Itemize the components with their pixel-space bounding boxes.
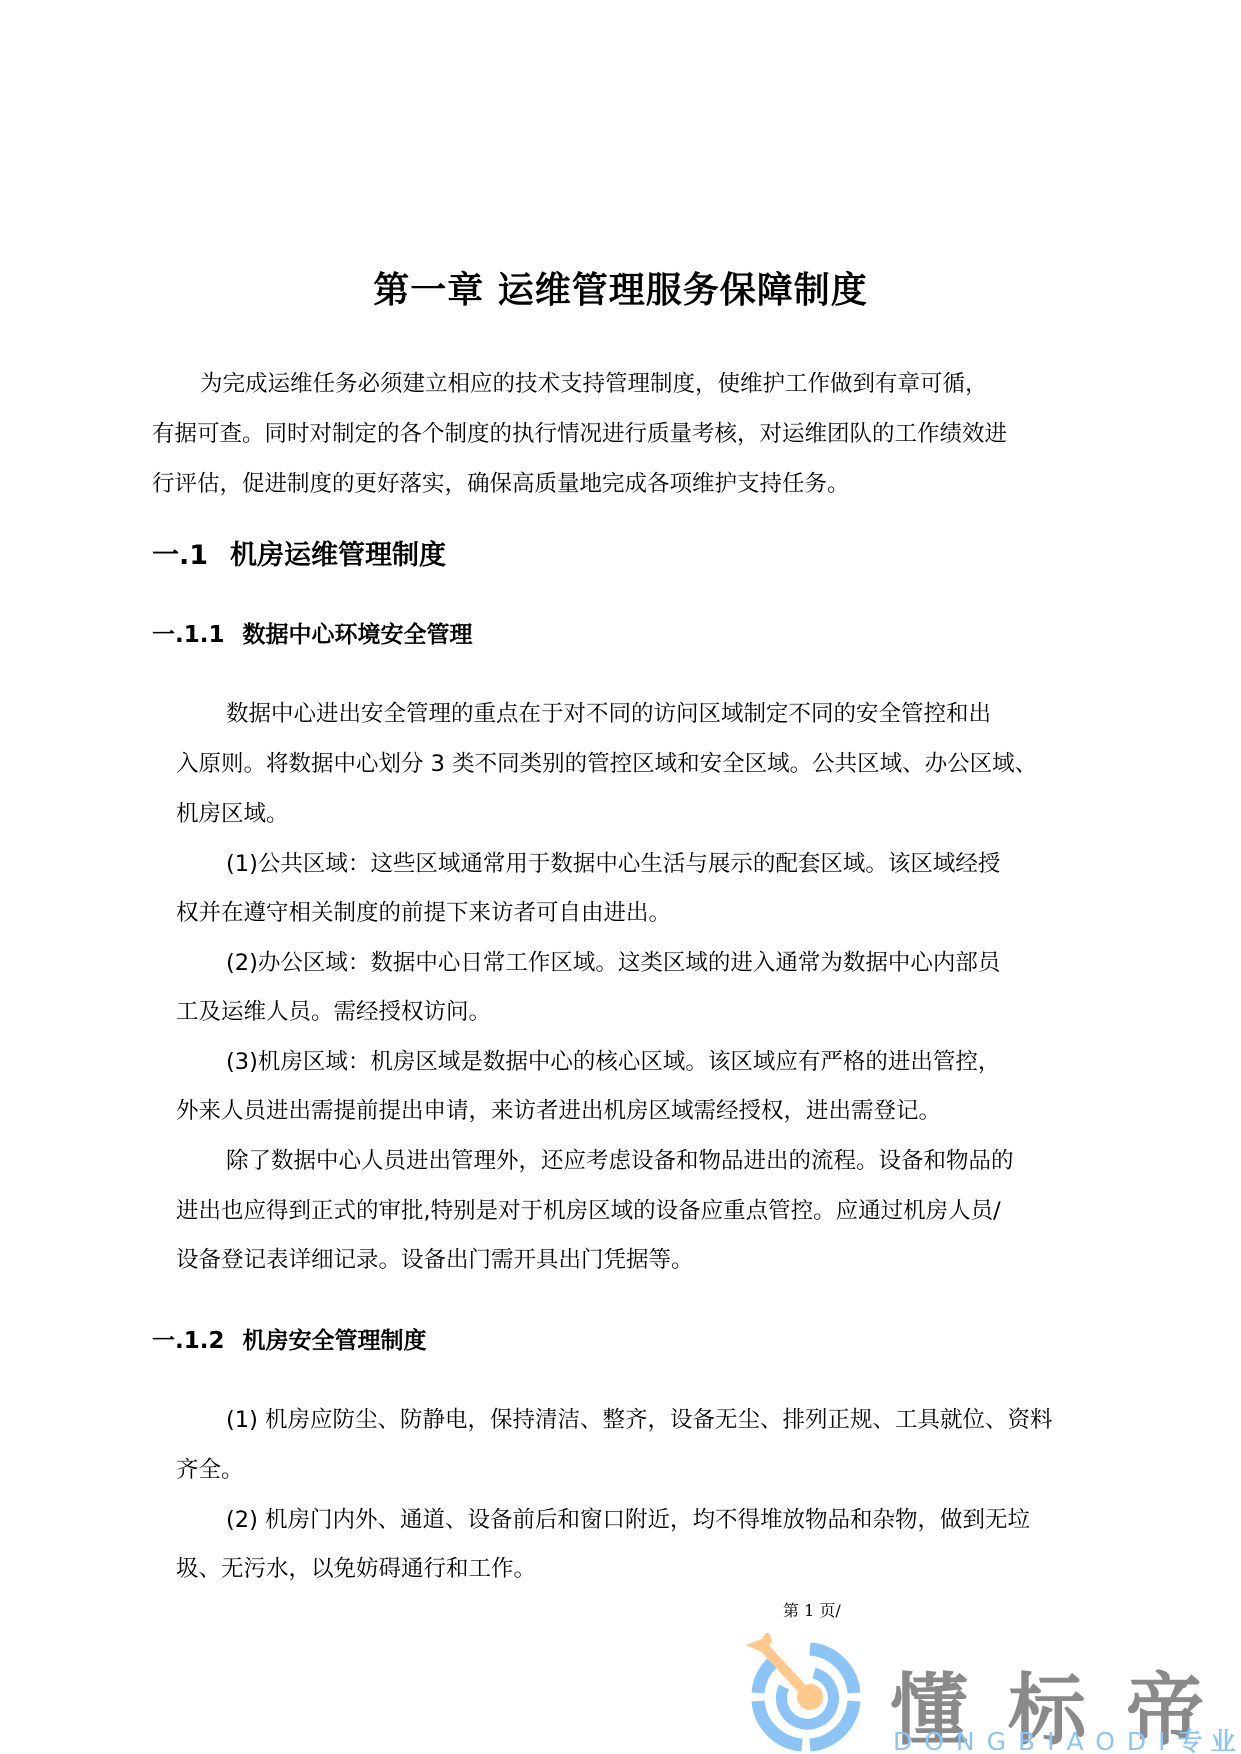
text-line: 入原则。将数据中心划分 3 类不同类别的管控区域和安全区域。公共区域、办公区域、 (176, 740, 1037, 790)
target-icon (742, 1633, 866, 1754)
section-number: 一.1 (152, 533, 208, 572)
chapter-title: 第一章 运维管理服务保障制度 (0, 262, 1241, 313)
text-line: 齐全。 (176, 1446, 244, 1496)
text-line: 除了数据中心人员进出管理外，还应考虑设备和物品进出的流程。设备和物品的 (226, 1137, 1014, 1187)
section-title: 数据中心环境安全管理 (242, 622, 472, 648)
text-line: 为完成运维任务必须建立相应的技术支持管理制度，使维护工作做到有章可循， (200, 360, 988, 410)
text-line: 进出也应得到正式的审批,特别是对于机房区域的设备应重点管控。应通过机房人员/ (176, 1187, 1001, 1237)
text-line: (1)公共区域：这些区域通常用于数据中心生活与展示的配套区域。该区域经授 (226, 840, 1000, 890)
brand-en-text: DONGBIAODI (893, 1727, 1178, 1754)
text-line: (2)办公区域：数据中心日常工作区域。这类区域的进入通常为数据中心内部员 (226, 939, 1000, 989)
section-title: 机房运维管理制度 (230, 540, 446, 571)
text-line: 权并在遵守相关制度的前提下来访者可自由进出。 (176, 889, 671, 939)
section-heading-1-1: 一.1.1数据中心环境安全管理 (152, 616, 472, 649)
text-line: (3)机房区域：机房区域是数据中心的核心区域。该区域应有严格的进出管控， (226, 1038, 1000, 1088)
section-heading-1-2: 一.1.2机房安全管理制度 (152, 1322, 426, 1355)
text-line: (2) 机房门内外、通道、设备前后和窗口附近，均不得堆放物品和杂物，做到无垃 (226, 1496, 1030, 1546)
text-line: 机房区域。 (176, 790, 289, 840)
text-line: (1) 机房应防尘、防静电，保持清洁、整齐，设备无尘、排列正规、工具就位、资料 (226, 1396, 1053, 1446)
section-heading-1: 一.1机房运维管理制度 (152, 533, 446, 572)
section-number: 一.1.1 (152, 616, 224, 649)
text-line: 外来人员进出需提前提出申请，来访者进出机房区域需经授权，进出需登记。 (176, 1087, 941, 1137)
section-number: 一.1.2 (152, 1322, 224, 1355)
text-line: 数据中心进出安全管理的重点在于对不同的访问区域制定不同的安全管控和出 (226, 690, 991, 740)
watermark-brand-en: DONGBIAODI专业版 (893, 1722, 1241, 1754)
text-line: 行评估，促进制度的更好落实，确保高质量地完成各项维护支持任务。 (152, 460, 850, 510)
text-line: 工及运维人员。需经授权访问。 (176, 988, 491, 1038)
text-line: 圾、无污水，以免妨碍通行和工作。 (176, 1545, 536, 1595)
edition-text: 专业版 (1178, 1727, 1241, 1754)
text-line: 有据可查。同时对制定的各个制度的执行情况进行质量考核，对运维团队的工作绩效进 (152, 410, 1007, 460)
section-title: 机房安全管理制度 (242, 1328, 426, 1354)
page-number: 第 1 页/ (783, 1598, 841, 1621)
text-line: 设备登记表详细记录。设备出门需开具出门凭据等。 (176, 1236, 694, 1286)
